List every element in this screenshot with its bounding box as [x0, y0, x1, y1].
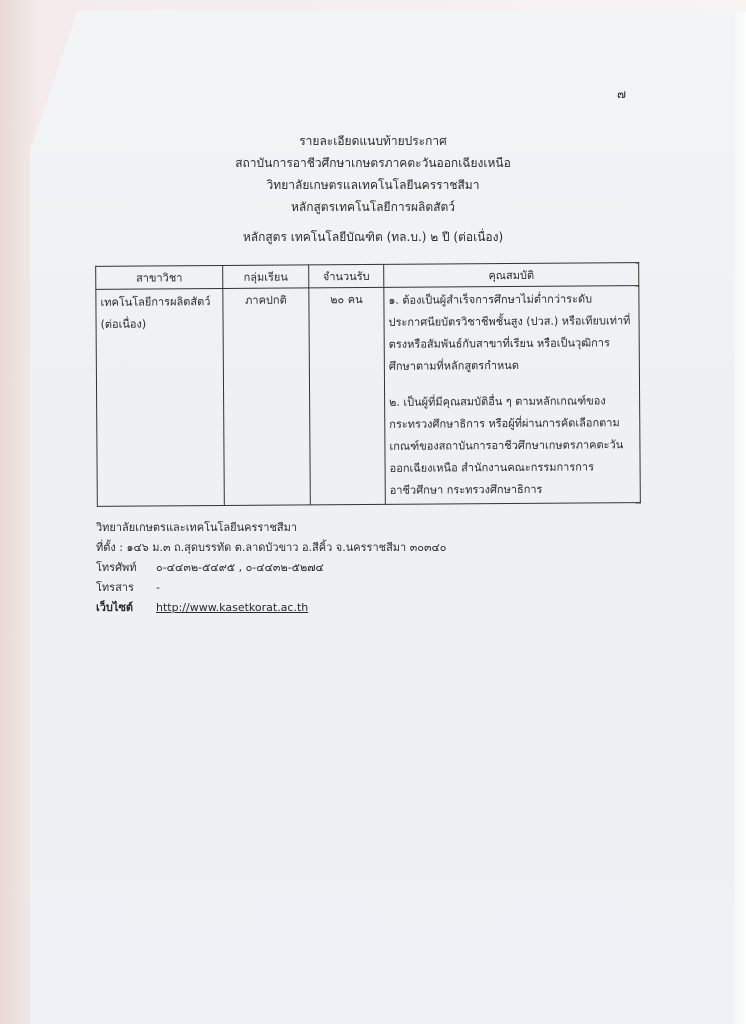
phone-value: ๐-๔๔๓๒-๕๔๙๕ , ๐-๔๔๓๒-๕๒๗๔ — [156, 558, 324, 578]
qualifications-cell: ๑. ต้องเป็นผู้สำเร็จการศึกษาไม่ต่ำกว่าระ… — [384, 286, 641, 505]
website-link[interactable]: http://www.kasetkorat.ac.th — [156, 598, 308, 618]
document-header: รายละเอียดแนบท้ายประกาศ สถาบันการอาชีวศึ… — [0, 130, 746, 218]
header-line-3: วิทยาลัยเกษตรแลเทคโนโลยีนครราชสีมา — [0, 174, 746, 196]
address-value: ๑๔๖ ม.๓ ถ.สุดบรรทัด ต.ลาดบัวขาว อ.สีคิ้ว… — [126, 538, 446, 558]
fax-value: - — [156, 578, 160, 598]
phone-row: โทรศัพท์ ๐-๔๔๓๒-๕๔๙๕ , ๐-๔๔๓๒-๕๒๗๔ — [96, 558, 447, 578]
table-row: เทคโนโลยีการผลิตสัตว์ (ต่อเนื่อง) ภาคปกต… — [96, 286, 641, 507]
qualification-1: ๑. ต้องเป็นผู้สำเร็จการศึกษาไม่ต่ำกว่าระ… — [388, 288, 635, 378]
phone-label: โทรศัพท์ — [96, 558, 156, 578]
contact-footer: วิทยาลัยเกษตรและเทคโนโลยีนครราชสีมา ที่ต… — [96, 518, 447, 618]
program-name: เทคโนโลยีการผลิตสัตว์ — [100, 291, 218, 314]
program-qualifier: (ต่อเนื่อง) — [101, 313, 219, 336]
column-header-program: สาขาวิชา — [96, 266, 223, 290]
header-line-1: รายละเอียดแนบท้ายประกาศ — [0, 130, 746, 152]
program-cell: เทคโนโลยีการผลิตสัตว์ (ต่อเนื่อง) — [96, 289, 225, 507]
column-header-intake: จำนวนรับ — [309, 264, 384, 288]
header-line-2: สถาบันการอาชีวศึกษาเกษตรภาคตะวันออกเฉียง… — [0, 152, 746, 174]
column-header-qualifications: คุณสมบัติ — [384, 263, 639, 288]
fax-row: โทรสาร - — [96, 578, 447, 598]
qualification-2: ๒. เป็นผู้ที่มีคุณสมบัติอื่น ๆ ตามหลักเก… — [389, 390, 636, 502]
group-cell: ภาคปกติ — [223, 288, 311, 506]
admission-table: สาขาวิชา กลุ่มเรียน จำนวนรับ คุณสมบัติ เ… — [95, 262, 641, 507]
address-label: ที่ตั้ง : — [96, 538, 123, 558]
fax-label: โทรสาร — [96, 578, 156, 598]
address-row: ที่ตั้ง : ๑๔๖ ม.๓ ถ.สุดบรรทัด ต.ลาดบัวขา… — [96, 538, 447, 558]
intake-cell: ๒๐ คน — [309, 287, 386, 505]
column-header-group: กลุ่มเรียน — [223, 265, 309, 289]
page-number: ๗ — [617, 85, 626, 104]
institution-name: วิทยาลัยเกษตรและเทคโนโลยีนครราชสีมา — [96, 518, 447, 538]
header-line-4: หลักสูตรเทคโนโลยีการผลิตสัตว์ — [0, 196, 746, 218]
website-label: เว็บไซต์ — [96, 598, 156, 618]
curriculum-subtitle: หลักสูตร เทคโนโลยีบัณฑิต (ทล.บ.) ๒ ปี (ต… — [0, 228, 746, 247]
website-row: เว็บไซต์ http://www.kasetkorat.ac.th — [96, 598, 447, 618]
